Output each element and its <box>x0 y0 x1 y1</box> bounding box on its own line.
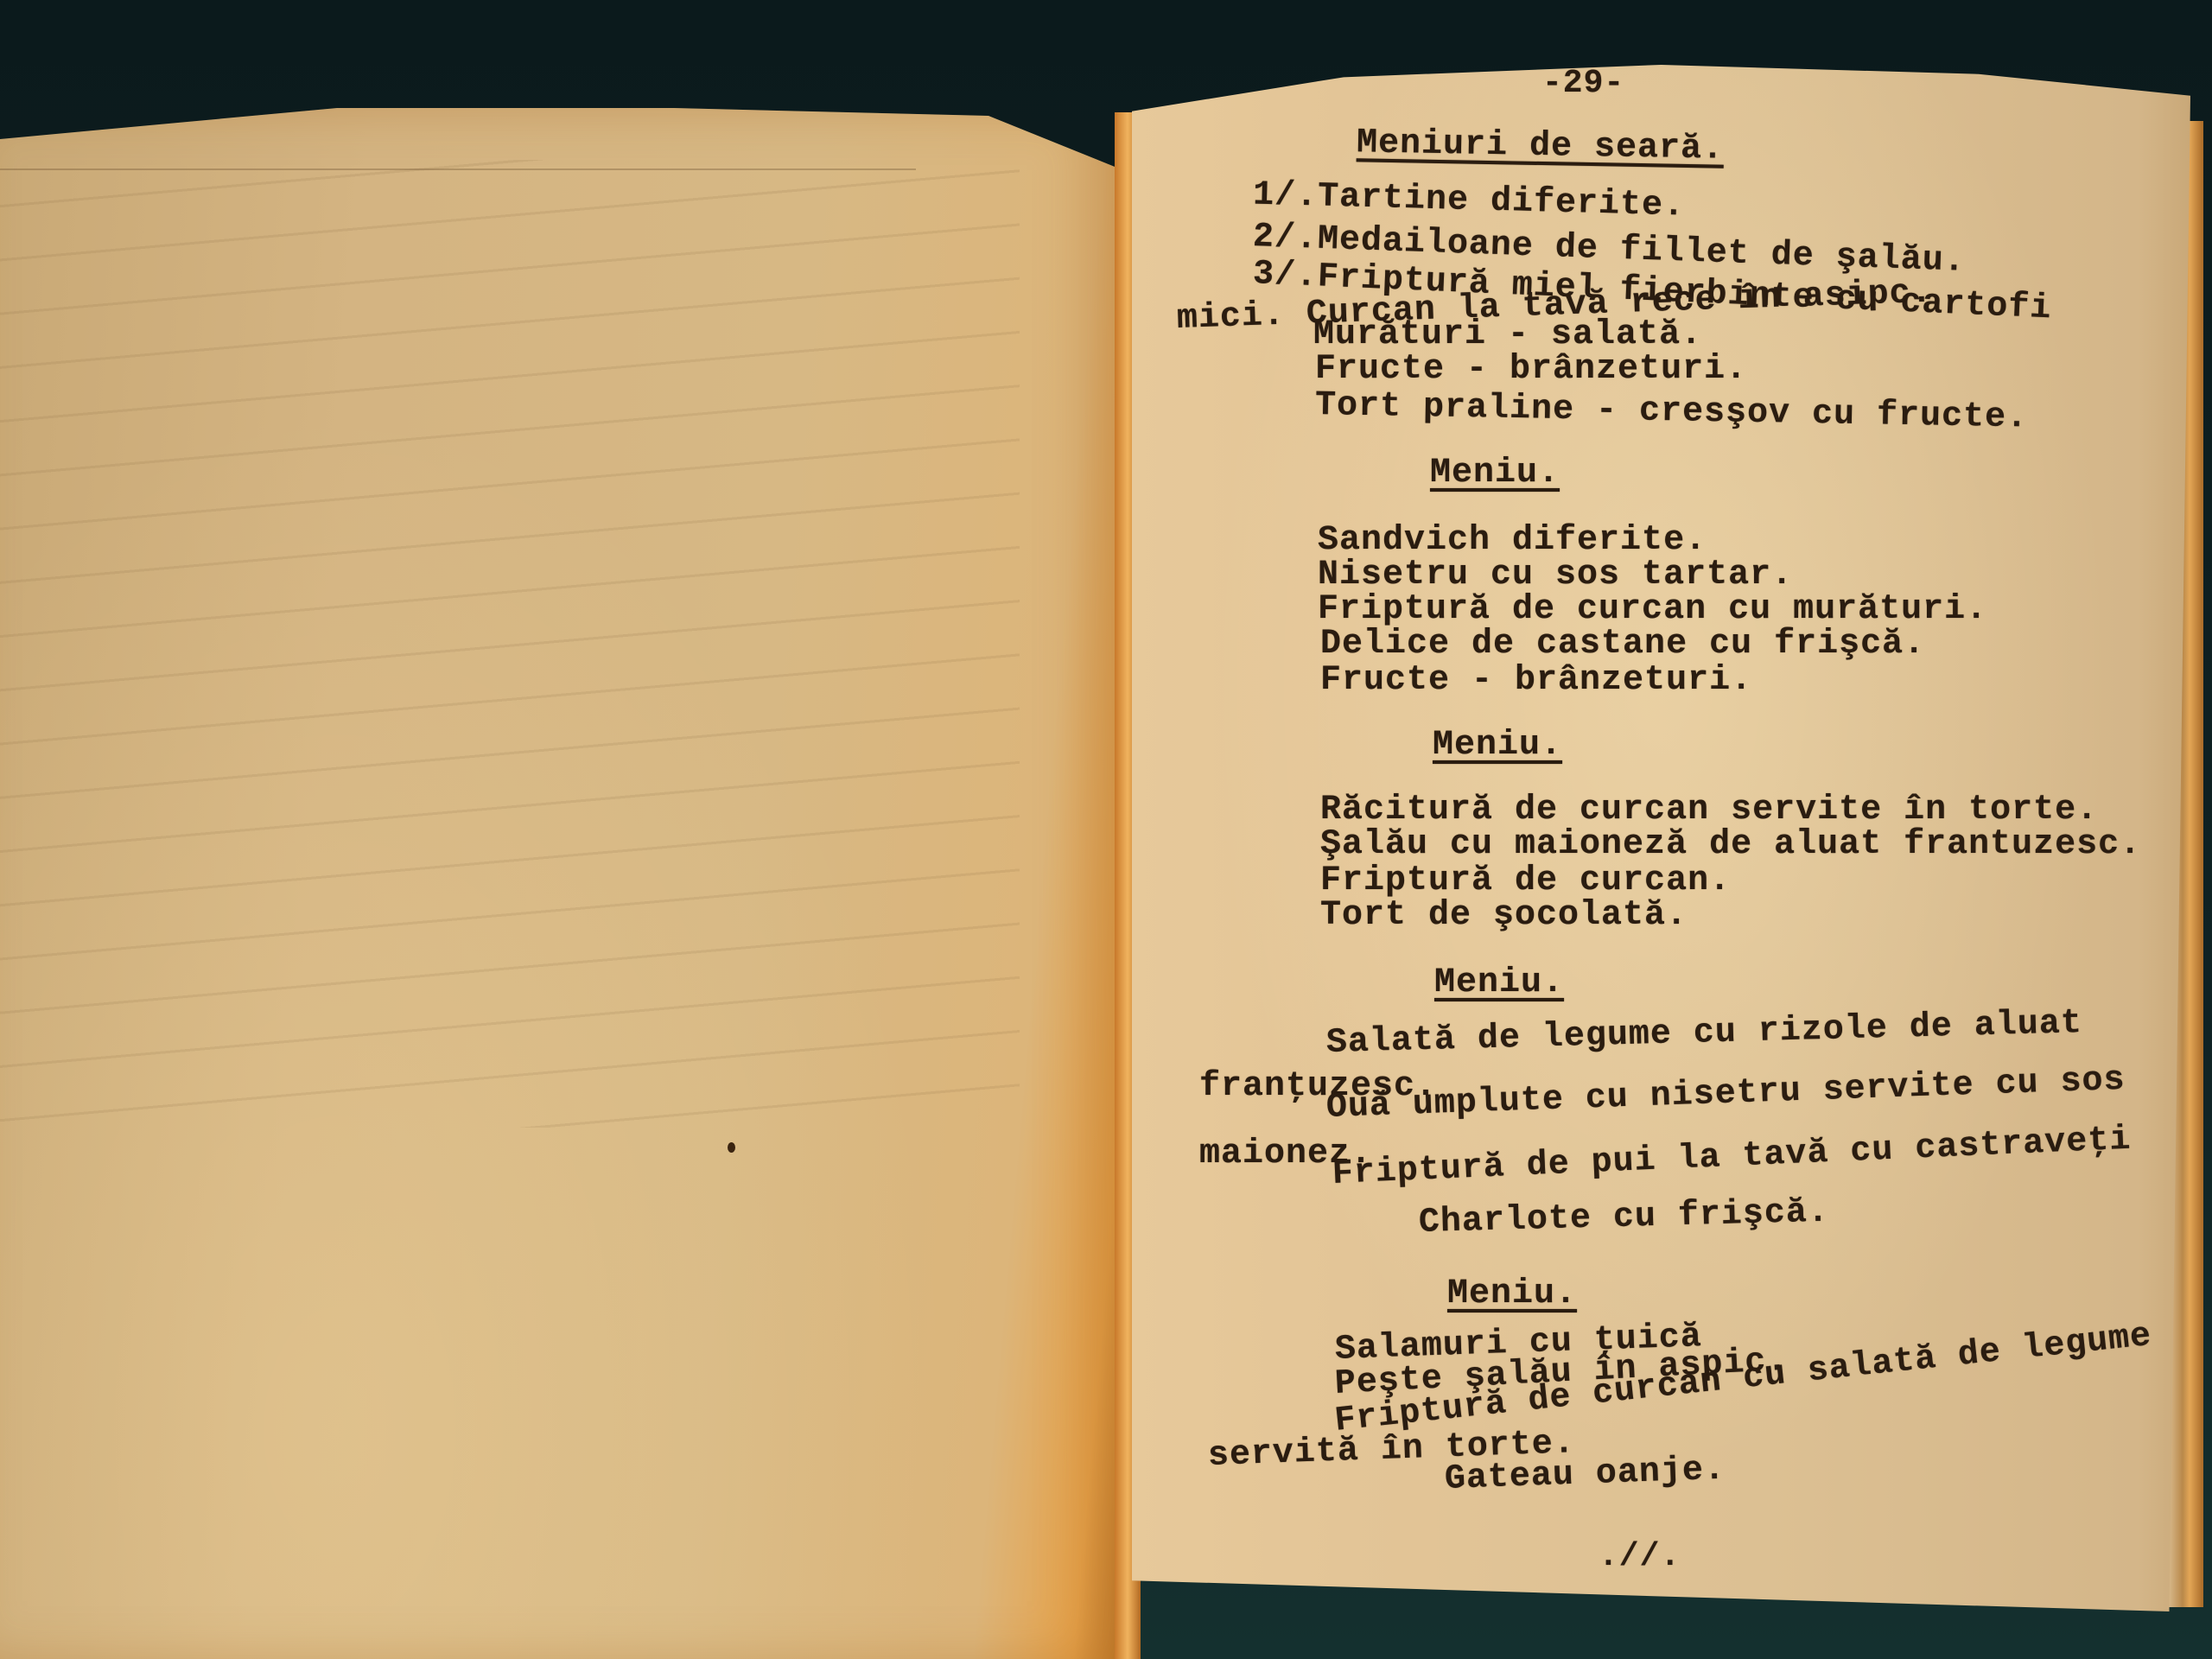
menu-heading: Meniu. <box>1447 1274 1577 1313</box>
menu-line: Tort de şocolată. <box>1320 896 1688 935</box>
end-mark: .//. <box>1599 1538 1681 1575</box>
menu-heading: Meniu. <box>1433 726 1562 765</box>
menu-line: Nisetru cu sos tartar. <box>1318 556 1793 594</box>
menu-line: Şalău cu maioneză de aluat frantuzesc. <box>1320 825 2141 864</box>
menu-line: 1/.Tartine diferite. <box>1252 175 1685 226</box>
menu-line: Fructe - brânzeturi. <box>1320 661 1752 700</box>
page-number: -29- <box>1542 65 1624 102</box>
open-book: -29- Meniuri de seară. 1/.Tartine diferi… <box>0 0 2212 1659</box>
menu-heading: Meniu. <box>1434 963 1564 1002</box>
menu-line: Charlote cu frişcă. <box>1418 1193 1829 1243</box>
menu-line: Tort praline - cresşov cu fructe. <box>1315 386 2029 437</box>
menu-line: Răcitură de curcan servite în torte. <box>1320 791 2098 829</box>
menu-line: Friptură de curcan. <box>1320 861 1731 900</box>
embossed-handwriting-impressions <box>0 160 1020 1128</box>
embossed-rule-line <box>0 168 916 170</box>
menu-line: Friptură de curcan cu murături. <box>1318 590 1987 629</box>
menu-line: Salată de legume cu rizole de aluat <box>1325 1004 2082 1063</box>
menu-line: Fructe - brânzeturi. <box>1315 350 1747 389</box>
menu-heading: Meniuri de seară. <box>1357 124 1725 168</box>
menu-line: Murături - salată. <box>1313 315 1702 354</box>
menu-line: Friptură de pui la tavă cu castraveţi <box>1332 1121 2132 1194</box>
ink-spot <box>728 1142 735 1153</box>
typed-text: -29- Meniuri de seară. 1/.Tartine diferi… <box>1132 65 2190 1611</box>
right-page: -29- Meniuri de seară. 1/.Tartine diferi… <box>1132 65 2190 1611</box>
menu-line: Sandvich diferite. <box>1318 521 1707 560</box>
menu-line: Ouă umplute cu nisetru servite cu sos <box>1325 1061 2126 1128</box>
left-page <box>0 108 1123 1659</box>
menu-line: Delice de castane cu frişcă. <box>1320 625 1925 664</box>
menu-heading: Meniu. <box>1430 454 1560 493</box>
